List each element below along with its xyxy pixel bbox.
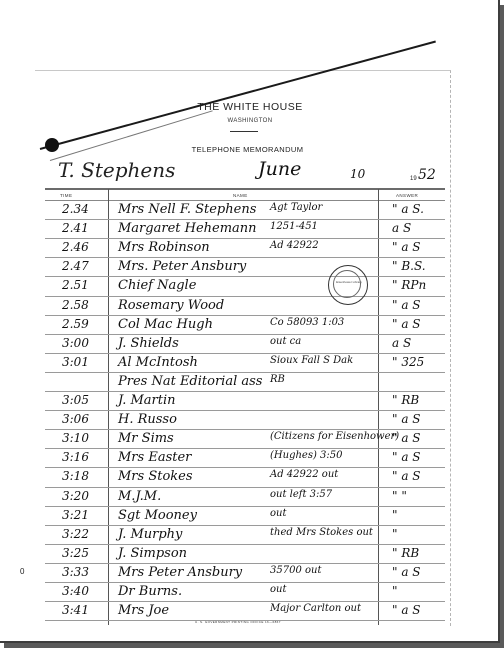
caller-name: Al McIntosh <box>118 356 198 369</box>
date-rule <box>45 188 445 190</box>
column-header-time: TIME <box>60 193 72 198</box>
call-answer: " " <box>392 490 407 502</box>
caller-name: Rosemary Wood <box>118 299 224 312</box>
call-time: 3:40 <box>62 585 89 597</box>
caller-name: Mrs Joe <box>118 604 169 617</box>
letterhead-title: THE WHITE HOUSE <box>180 101 320 113</box>
caller-name: Sgt Mooney <box>118 509 197 522</box>
call-note: (Hughes) 3:50 <box>270 451 343 461</box>
row-rule <box>45 257 445 258</box>
row-rule <box>45 448 445 449</box>
call-note: Agt Taylor <box>270 203 322 213</box>
call-time: 2.34 <box>62 203 89 215</box>
printer-imprint: U. S. GOVERNMENT PRINTING OFFICE 16—6867 <box>195 620 281 624</box>
letterhead-subtitle: WASHINGTON <box>190 118 310 124</box>
call-note: (Citizens for Eisenhower) <box>270 432 399 442</box>
header-rule <box>45 200 445 201</box>
call-time: 2.46 <box>62 241 89 253</box>
caller-name: Mrs Robinson <box>118 241 210 254</box>
call-time: 3:41 <box>62 604 89 616</box>
call-note: out <box>270 585 286 595</box>
row-rule <box>45 582 445 583</box>
column-header-answer: ANSWER <box>396 193 418 198</box>
call-note: Co 58093 1:03 <box>270 318 344 328</box>
call-time: 3:05 <box>62 394 89 406</box>
call-note: Ad 42922 <box>270 241 319 251</box>
call-note: out <box>270 509 286 519</box>
call-note: out left 3:57 <box>270 490 332 500</box>
row-rule <box>45 601 445 602</box>
call-answer: " a S <box>392 432 421 444</box>
call-time: 2.58 <box>62 299 89 311</box>
call-answer: " RB <box>392 547 419 559</box>
call-answer: " <box>392 528 398 540</box>
call-answer: " B.S. <box>392 260 426 272</box>
time-column-divider <box>108 189 109 625</box>
caller-name: M.J.M. <box>118 490 161 503</box>
call-note: out ca <box>270 337 301 347</box>
call-time: 3:10 <box>62 432 89 444</box>
row-rule <box>45 219 445 220</box>
caller-name: J. Shields <box>118 337 179 350</box>
row-rule <box>45 353 445 354</box>
call-note: RB <box>270 375 285 385</box>
call-answer: a S <box>392 337 411 349</box>
call-note: Sioux Fall S Dak <box>270 356 353 366</box>
caller-name: Mrs Stokes <box>118 470 193 483</box>
memo-day: 10 <box>350 168 365 180</box>
caller-name: Mr Sims <box>118 432 174 445</box>
row-rule <box>45 467 445 468</box>
memo-year-prefix: 19 <box>410 176 417 182</box>
row-rule <box>45 506 445 507</box>
call-answer: " a S. <box>392 203 424 215</box>
call-time: 2.41 <box>62 222 89 234</box>
call-time: 2.47 <box>62 260 89 272</box>
call-note: Ad 42922 out <box>270 470 338 480</box>
call-answer: " <box>392 585 398 597</box>
call-answer: " a S <box>392 604 421 616</box>
caller-name: Margaret Hehemann <box>118 222 257 235</box>
archive-stamp-text: Eisenhower Library <box>334 280 364 284</box>
caller-name: Mrs. Peter Ansbury <box>118 260 246 273</box>
caller-name: J. Martin <box>118 394 176 407</box>
row-rule <box>45 429 445 430</box>
row-rule <box>45 238 445 239</box>
row-rule <box>45 315 445 316</box>
row-rule <box>45 334 445 335</box>
row-rule <box>45 296 445 297</box>
column-header-name: NAME <box>233 193 248 198</box>
memo-recipient: T. Stephens <box>58 160 175 180</box>
call-time: 2.51 <box>62 279 89 291</box>
call-time: 3:18 <box>62 470 89 482</box>
call-answer: " a S <box>392 318 421 330</box>
row-rule <box>45 525 445 526</box>
call-time: 3:21 <box>62 509 89 521</box>
call-answer: a S <box>392 222 411 234</box>
row-rule <box>45 276 445 277</box>
row-rule <box>45 544 445 545</box>
call-answer: " <box>392 509 398 521</box>
row-rule <box>45 391 445 392</box>
call-time: 3:22 <box>62 528 89 540</box>
caller-name: Mrs Nell F. Stephens <box>118 203 256 216</box>
call-time: 3:01 <box>62 356 89 368</box>
archive-stamp-inner-ring <box>333 270 361 298</box>
caller-name: Mrs Peter Ansbury <box>118 566 242 579</box>
row-rule <box>45 410 445 411</box>
punch-hole <box>45 138 59 152</box>
call-answer: " a S <box>392 451 421 463</box>
call-note: 35700 out <box>270 566 321 576</box>
memo-year-suffix: 52 <box>418 168 436 182</box>
archive-stamp: Eisenhower Library <box>328 265 368 305</box>
call-answer: " a S <box>392 470 421 482</box>
row-rule <box>45 372 445 373</box>
call-time: 3:00 <box>62 337 89 349</box>
memo-month: June <box>258 160 301 179</box>
call-note: Major Carlton out <box>270 604 361 614</box>
row-rule <box>45 487 445 488</box>
caller-name: Mrs Easter <box>118 451 191 464</box>
answer-column-divider <box>378 189 379 625</box>
call-time: 3:06 <box>62 413 89 425</box>
caller-name: Chief Nagle <box>118 279 196 292</box>
call-answer: " a S <box>392 241 421 253</box>
call-note: 1251-451 <box>270 222 318 232</box>
call-answer: " a S <box>392 566 421 578</box>
call-answer: " 325 <box>392 356 424 368</box>
caller-name: J. Simpson <box>118 547 187 560</box>
call-time: 3:25 <box>62 547 89 559</box>
caller-name: Pres Nat Editorial ass <box>118 375 262 388</box>
caller-name: H. Russo <box>118 413 177 426</box>
call-answer: " a S <box>392 413 421 425</box>
call-time: 3:16 <box>62 451 89 463</box>
letterhead-rule <box>230 131 258 132</box>
caller-name: J. Murphy <box>118 528 182 541</box>
row-rule <box>45 563 445 564</box>
form-title: TELEPHONE MEMORANDUM <box>160 145 335 154</box>
call-time: 2.59 <box>62 318 89 330</box>
call-time: 3:20 <box>62 490 89 502</box>
margin-mark: 0 <box>20 567 24 576</box>
call-answer: " a S <box>392 299 421 311</box>
call-time: 3:33 <box>62 566 89 578</box>
call-note: thed Mrs Stokes out <box>270 528 373 538</box>
call-answer: " RB <box>392 394 419 406</box>
caller-name: Dr Burns. <box>118 585 182 598</box>
caller-name: Col Mac Hugh <box>118 318 213 331</box>
call-answer: " RPn <box>392 279 426 291</box>
